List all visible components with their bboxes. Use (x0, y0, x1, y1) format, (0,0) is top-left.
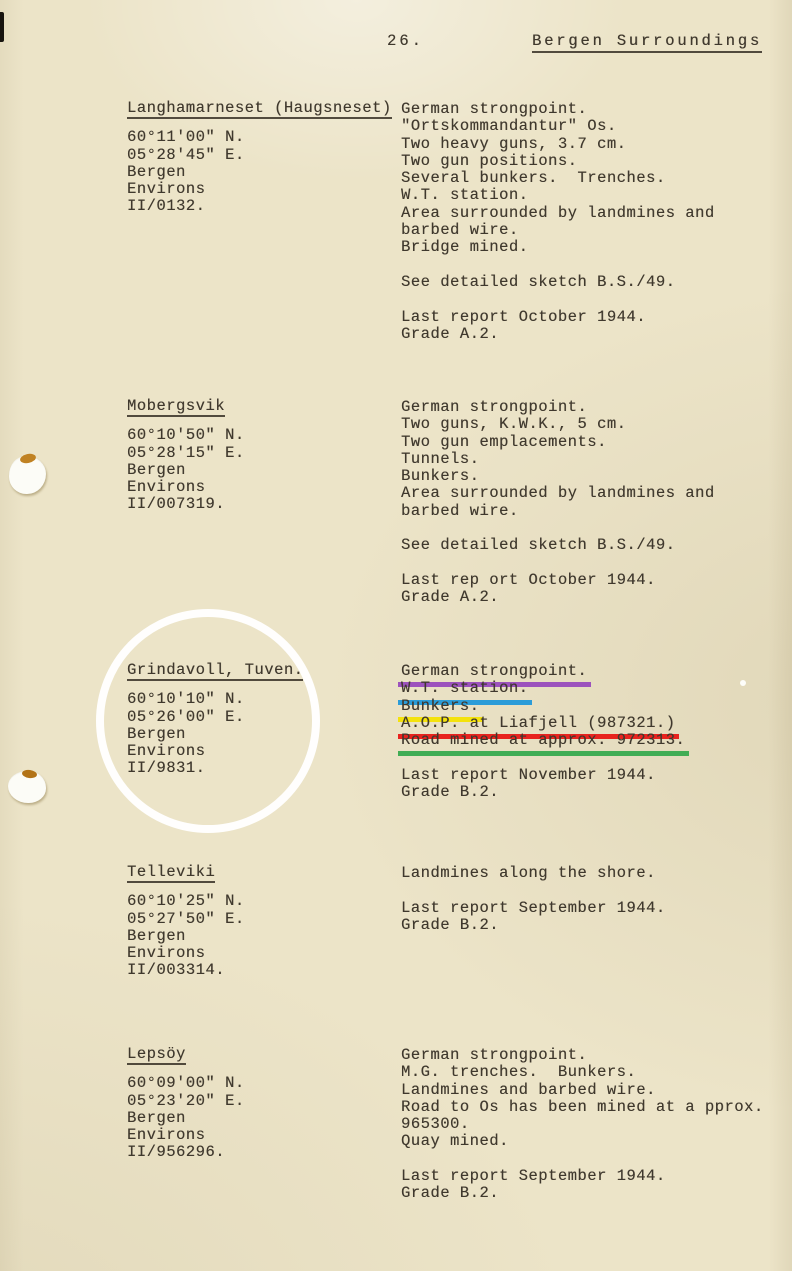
right-line: barbed wire. (401, 503, 715, 520)
longitude-line: 05°23'20" E. (127, 1093, 245, 1110)
place-name: Langhamarneset (Haugsneset) (127, 100, 392, 117)
right-line: German strongpoint. (401, 399, 715, 416)
sketch-reference-line: See detailed sketch B.S./49. (401, 537, 715, 554)
last-report-line: Last report September 1944. (401, 900, 666, 917)
green-underline: Road mined at approx. 972313. (398, 732, 689, 756)
right-line: Tunnels. (401, 451, 715, 468)
right-line-highlighted: Bunkers. (401, 698, 685, 715)
right-line: Two gun emplacements. (401, 434, 715, 451)
right-line: Landmines and barbed wire. (401, 1082, 764, 1099)
grade-line: Grade B.2. (401, 784, 685, 801)
right-line: Two guns, K.W.K., 5 cm. (401, 416, 715, 433)
latitude-line: 60°10'50" N. (127, 427, 245, 444)
district-line: Bergen (127, 164, 392, 181)
right-line: Several bunkers. Trenches. (401, 170, 715, 187)
last-report-line: Last report October 1944. (401, 309, 715, 326)
map-reference-line: II/007319. (127, 496, 245, 513)
right-column: Landmines along the shore. Last report S… (401, 865, 666, 934)
right-line: Road to Os has been mined at a pprox. (401, 1099, 764, 1116)
district-line: Environs (127, 181, 392, 198)
right-column: German strongpoint. M.G. trenches. Bunke… (401, 1047, 764, 1203)
scan-edge-mark (0, 12, 4, 42)
grade-line: Grade B.2. (401, 1185, 764, 1202)
right-line-highlighted: Road mined at approx. 972313. (401, 732, 685, 749)
place-name: Lepsöy (127, 1046, 245, 1063)
circle-annotation (96, 609, 320, 833)
place-name: Telleviki (127, 864, 245, 881)
longitude-line: 05°28'15" E. (127, 445, 245, 462)
right-column: German strongpoint. "Ortskommandantur" O… (401, 101, 715, 343)
right-line-highlighted: German strongpoint. (401, 663, 685, 680)
right-line: Two gun positions. (401, 153, 715, 170)
page-number: 26. (387, 33, 424, 50)
right-line: Quay mined. (401, 1133, 764, 1150)
district-line: Bergen (127, 1110, 245, 1127)
right-line: Area surrounded by landmines and (401, 205, 715, 222)
longitude-line: 05°27'50" E. (127, 911, 245, 928)
left-column: Mobergsvik 60°10'50" N. 05°28'15" E. Ber… (127, 398, 245, 514)
district-line: Environs (127, 1127, 245, 1144)
punch-hole-top (9, 456, 46, 494)
map-reference-line: II/003314. (127, 962, 245, 979)
left-column: Lepsöy 60°09'00" N. 05°23'20" E. Bergen … (127, 1046, 245, 1162)
map-reference-line: II/956296. (127, 1144, 245, 1161)
right-line: 965300. (401, 1116, 764, 1133)
right-column: German strongpoint. Two guns, K.W.K., 5 … (401, 399, 715, 607)
district-line: Bergen (127, 928, 245, 945)
punch-hole-bottom (8, 771, 46, 803)
district-line: Environs (127, 945, 245, 962)
right-line: German strongpoint. (401, 101, 715, 118)
right-line-highlighted: A.O.P. at Liafjell (987321.) (401, 715, 685, 732)
last-report-line: Last report November 1944. (401, 767, 685, 784)
longitude-line: 05°28'45" E. (127, 147, 392, 164)
left-column: Langhamarneset (Haugsneset) 60°11'00" N.… (127, 100, 392, 216)
right-line: Landmines along the shore. (401, 865, 666, 882)
right-line: W.T. station. (401, 187, 715, 204)
left-column: Telleviki 60°10'25" N. 05°27'50" E. Berg… (127, 864, 245, 980)
page-title: Bergen Surroundings (532, 33, 762, 53)
right-line: German strongpoint. (401, 1047, 764, 1064)
latitude-line: 60°09'00" N. (127, 1075, 245, 1092)
right-line: "Ortskommandantur" Os. (401, 118, 715, 135)
district-line: Environs (127, 479, 245, 496)
last-report-line: Last rep ort October 1944. (401, 572, 715, 589)
latitude-line: 60°10'25" N. (127, 893, 245, 910)
last-report-line: Last report September 1944. (401, 1168, 764, 1185)
place-name: Mobergsvik (127, 398, 245, 415)
document-page: 26. Bergen Surroundings Langhamarneset (… (0, 0, 792, 1271)
right-column: German strongpoint. W.T. station. Bunker… (401, 663, 685, 801)
right-line: Bridge mined. (401, 239, 715, 256)
sketch-reference-line: See detailed sketch B.S./49. (401, 274, 715, 291)
right-line: barbed wire. (401, 222, 715, 239)
right-line: Bunkers. (401, 468, 715, 485)
map-reference-line: II/0132. (127, 198, 392, 215)
district-line: Bergen (127, 462, 245, 479)
grade-line: Grade B.2. (401, 917, 666, 934)
grade-line: Grade A.2. (401, 589, 715, 606)
right-line: Area surrounded by landmines and (401, 485, 715, 502)
right-line: M.G. trenches. Bunkers. (401, 1064, 764, 1081)
latitude-line: 60°11'00" N. (127, 129, 392, 146)
paper-speck (740, 680, 746, 686)
grade-line: Grade A.2. (401, 326, 715, 343)
right-line: Two heavy guns, 3.7 cm. (401, 136, 715, 153)
